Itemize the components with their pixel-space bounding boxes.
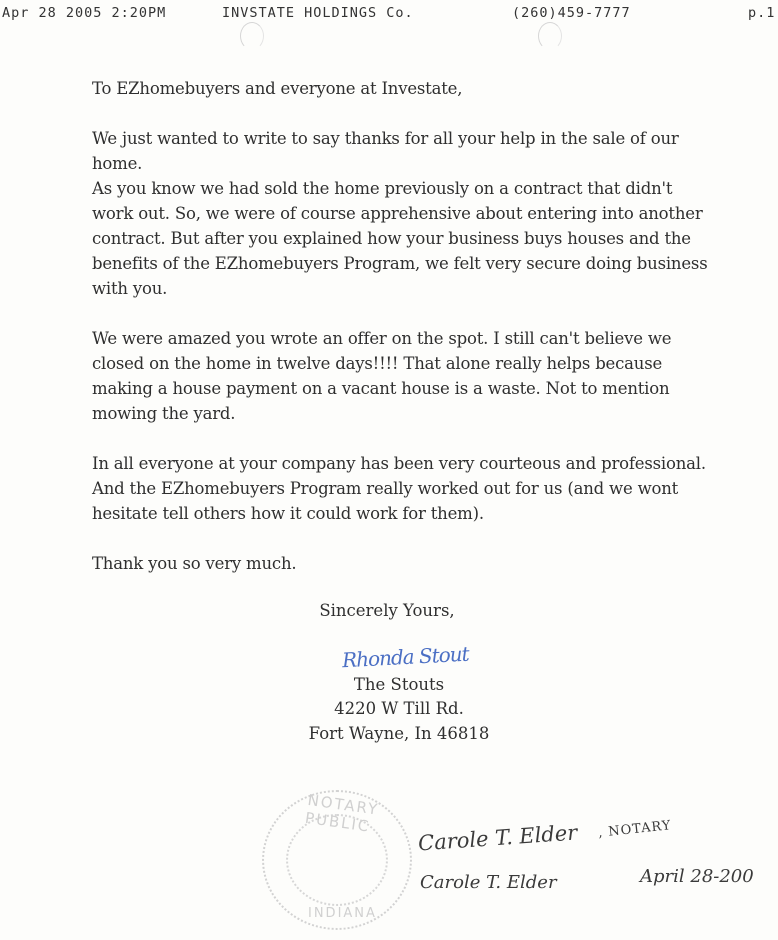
paragraph-4: Thank you so very much. (92, 551, 732, 576)
notary-signature: Carole T. Elder (417, 820, 578, 855)
letter-body: To EZhomebuyers and everyone at Investat… (92, 76, 732, 601)
paragraph-2: We were amazed you wrote an offer on the… (92, 326, 732, 426)
handwritten-signature: Rhonda Stout (341, 642, 469, 673)
fax-page-number: p.1 (748, 5, 775, 21)
closing: Sincerely Yours, (0, 598, 776, 623)
notary-title: , NOTARY (597, 818, 672, 841)
paragraph-1: We just wanted to write to say thanks fo… (92, 126, 732, 301)
punch-hole-mark (538, 22, 562, 50)
salutation: To EZhomebuyers and everyone at Investat… (92, 76, 732, 101)
punch-hole-mark (240, 22, 264, 50)
fax-sender: INVSTATE HOLDINGS Co. (222, 5, 414, 21)
notary-seal-icon: NOTARY PUBLIC INDIANA (262, 790, 412, 930)
address-line-1: 4220 W Till Rd. (10, 696, 778, 721)
seal-bottom-text: INDIANA (308, 906, 377, 921)
notary-printed-name: Carole T. Elder (420, 872, 557, 893)
fax-phone: (260)459-7777 (512, 5, 631, 21)
fax-datetime: Apr 28 2005 2:20PM (2, 5, 166, 21)
paragraph-3: In all everyone at your company has been… (92, 451, 732, 526)
signer-name: The Stouts (10, 672, 778, 697)
fax-header: Apr 28 2005 2:20PM INVSTATE HOLDINGS Co.… (0, 5, 778, 25)
address-line-2: Fort Wayne, In 46818 (10, 721, 778, 746)
notary-date: April 28-200 (640, 866, 754, 887)
